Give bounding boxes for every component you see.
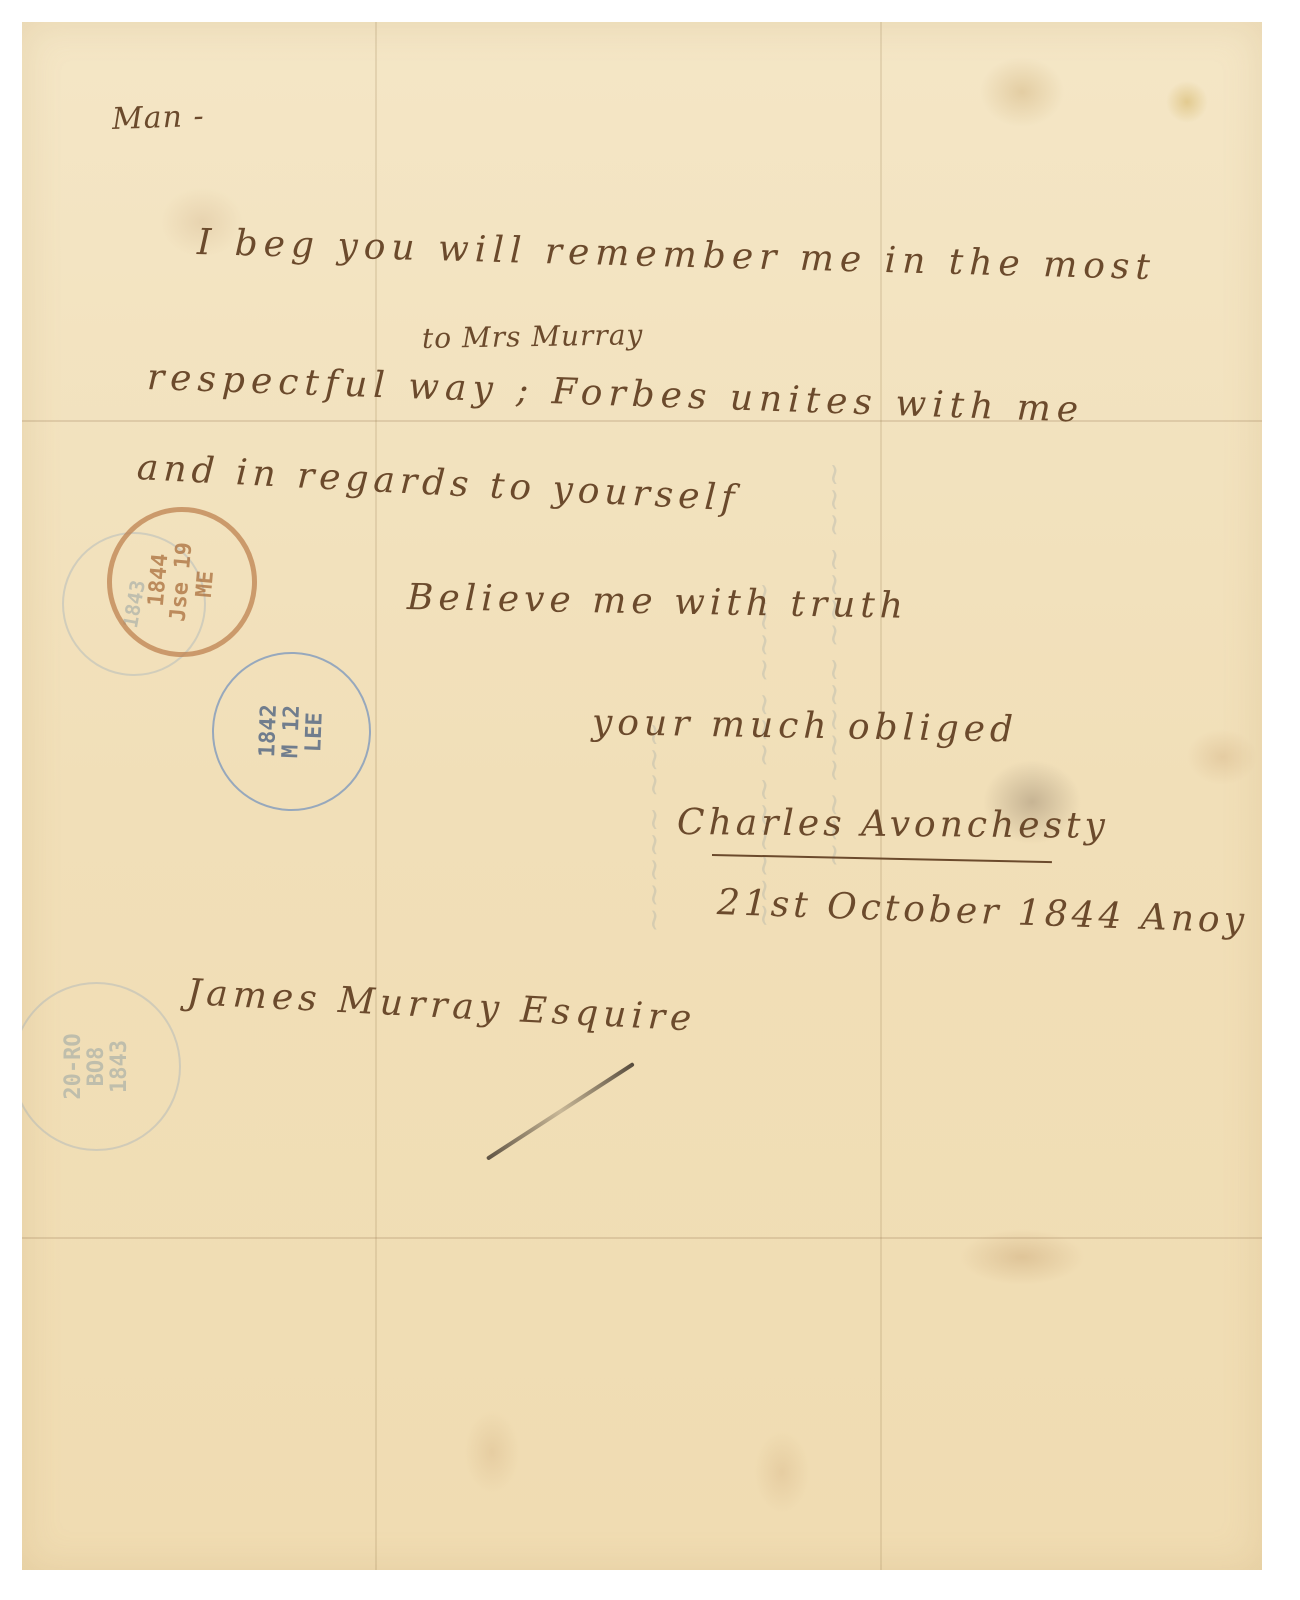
letter-line-3: and in regards to yourself	[136, 447, 740, 520]
faint-postmark-lower: 20-RO BO8 1843	[12, 982, 181, 1151]
addressee: James Murray Esquire	[186, 972, 697, 1040]
interlinear-insertion: to Mrs Murray	[422, 318, 644, 355]
letter-line-1: I beg you will remember me in the most	[196, 222, 1156, 288]
closing-line-1: Believe me with truth	[407, 577, 909, 627]
signature: Charles Avonchesty	[677, 802, 1109, 847]
show-through-text: ~~~ ~~~~~	[637, 722, 672, 933]
show-through-text: ~~~~ ~~~ ~~~~~~	[747, 582, 782, 928]
opening-fragment: Man -	[111, 99, 205, 137]
pen-stroke-mark	[486, 1062, 635, 1161]
horizontal-fold-line	[22, 1237, 1262, 1239]
closing-line-2: your much obliged	[592, 702, 1019, 750]
letter-paper: ~~~ ~~~~ ~~~~~ ~~~ ~~~~ ~~~ ~~~~~~ ~~~ ~…	[22, 22, 1262, 1570]
date-and-place: 21st October 1844 Anoy	[716, 882, 1248, 942]
blue-postmark: 1842 M 12 LEE	[209, 649, 373, 813]
